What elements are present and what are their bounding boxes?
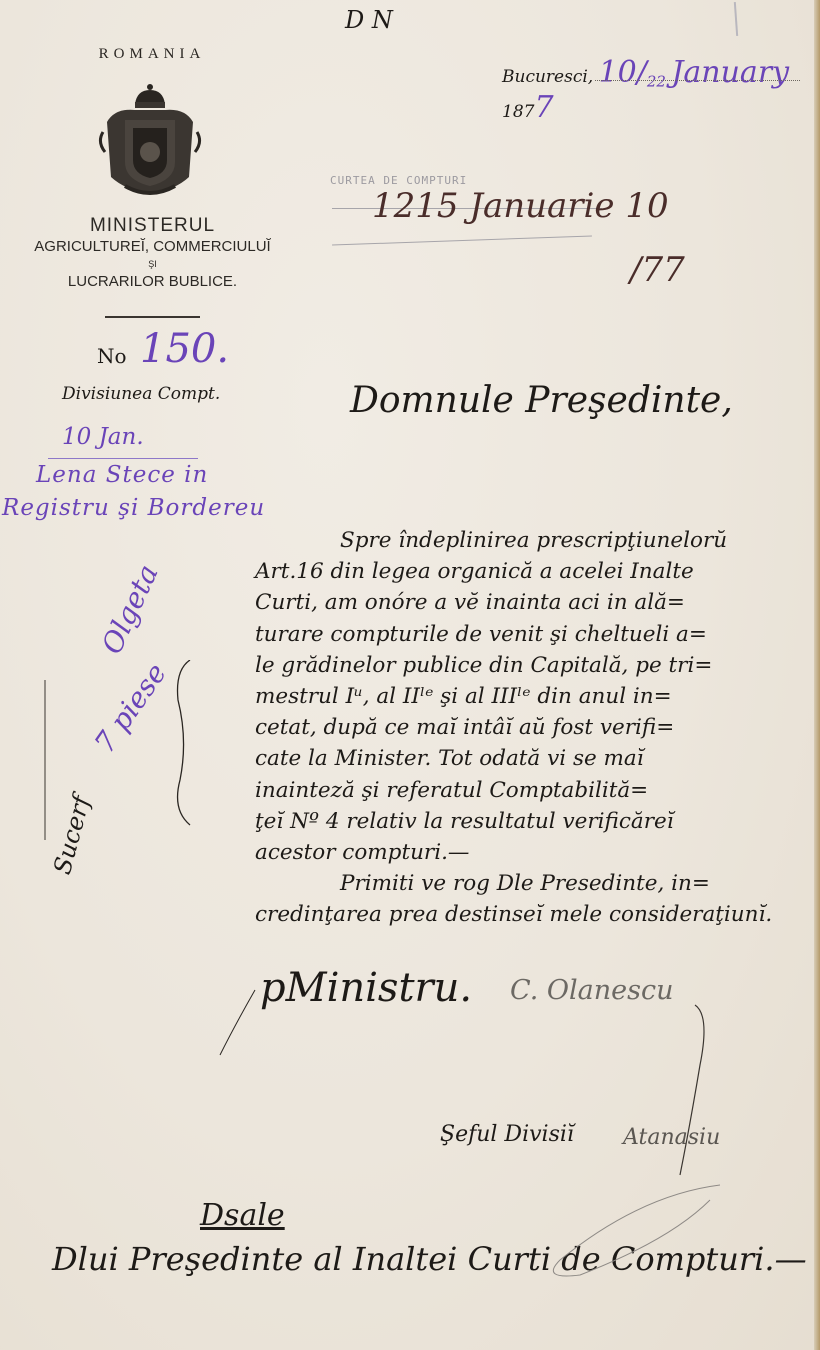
body-line: Curti, am onóre a vĕ inainta aci in ală= bbox=[255, 587, 815, 618]
margin-note-line2: Lena Stece in bbox=[36, 462, 208, 488]
division-chief-label: Şeful Divisiĭ bbox=[440, 1122, 574, 1147]
ornamental-rule bbox=[105, 316, 200, 318]
number-label: No bbox=[97, 344, 127, 368]
ministry-line3: ŞI bbox=[0, 259, 305, 270]
body-line: cate la Minister. Tot odată vi se maĭ bbox=[255, 743, 815, 774]
body-line: Primiti ve rog Dle Presedinte, in= bbox=[255, 868, 815, 899]
ministry-line4: LUCRARILOR BUBLICE. bbox=[0, 273, 305, 291]
ministry-line2: AGRICULTUREĬ, COMMERCIULUĬ bbox=[0, 238, 305, 256]
division-chief-signature: Atanasiu bbox=[623, 1125, 720, 1150]
date-dotted-rule bbox=[595, 80, 800, 81]
salutation: Domnule Preşedinte, bbox=[350, 380, 733, 421]
date-year-hand: 7 bbox=[534, 90, 553, 125]
stamp-line bbox=[332, 235, 592, 245]
ministry-name: MINISTERUL AGRICULTUREĬ, COMMERCIULUĬ ŞI… bbox=[0, 215, 305, 291]
pencil-flourish bbox=[520, 1180, 740, 1290]
body-line: inainteză şi referatul Comptabilită= bbox=[255, 775, 815, 806]
division-label: Divisiunea Compt. bbox=[62, 384, 220, 404]
body-line: acestor compturi.— bbox=[255, 837, 815, 868]
body-line: turare compturile de venit şi cheltueli … bbox=[255, 619, 815, 650]
body-line: Art.16 din legea organică a acelei Inalt… bbox=[255, 556, 815, 587]
date-day-sub: 22 bbox=[647, 72, 666, 90]
margin-flourish bbox=[40, 660, 240, 920]
registration-year: /77 bbox=[630, 250, 685, 290]
body-line: credinţarea prea destinseĭ mele consider… bbox=[255, 899, 815, 930]
margin-note-line3: Registru şi Bordereu bbox=[2, 495, 265, 521]
coat-of-arms-icon bbox=[95, 82, 205, 202]
date-year-printed: 187 bbox=[502, 102, 534, 122]
margin-note-rule bbox=[48, 458, 198, 459]
date-day: 10/ bbox=[599, 55, 647, 90]
document-number: 150. bbox=[140, 326, 229, 372]
address-to: Dsale bbox=[200, 1198, 285, 1233]
margin-note-date: 10 Jan. bbox=[62, 424, 144, 450]
registration-entry: 1215 Januarie 10 bbox=[372, 186, 669, 226]
date-line: Bucuresci, 10/22 January 1877 bbox=[502, 55, 820, 125]
ministry-line1: MINISTERUL bbox=[0, 215, 305, 238]
top-mark: D N bbox=[345, 6, 393, 34]
country-heading: ROMANIA bbox=[82, 46, 222, 63]
body-line: mestrul Iᵘ, al IIˡᵉ şi al IIIˡᵉ din anul… bbox=[255, 681, 815, 712]
date-place: Bucuresci, bbox=[502, 67, 593, 87]
body-line: cetat, după ce maĭ intâĭ aŭ fost verifi= bbox=[255, 712, 815, 743]
body-line: le grădinelor publice din Capitală, pe t… bbox=[255, 650, 815, 681]
body-line: ţeĭ Nº 4 relativ la resultatul verificăr… bbox=[255, 806, 815, 837]
date-month: January bbox=[671, 55, 789, 90]
body-line: Spre îndeplinirea prescripţiunelorŭ bbox=[255, 525, 815, 556]
letter-body: Spre îndeplinirea prescripţiunelorŭ Art.… bbox=[255, 525, 815, 931]
